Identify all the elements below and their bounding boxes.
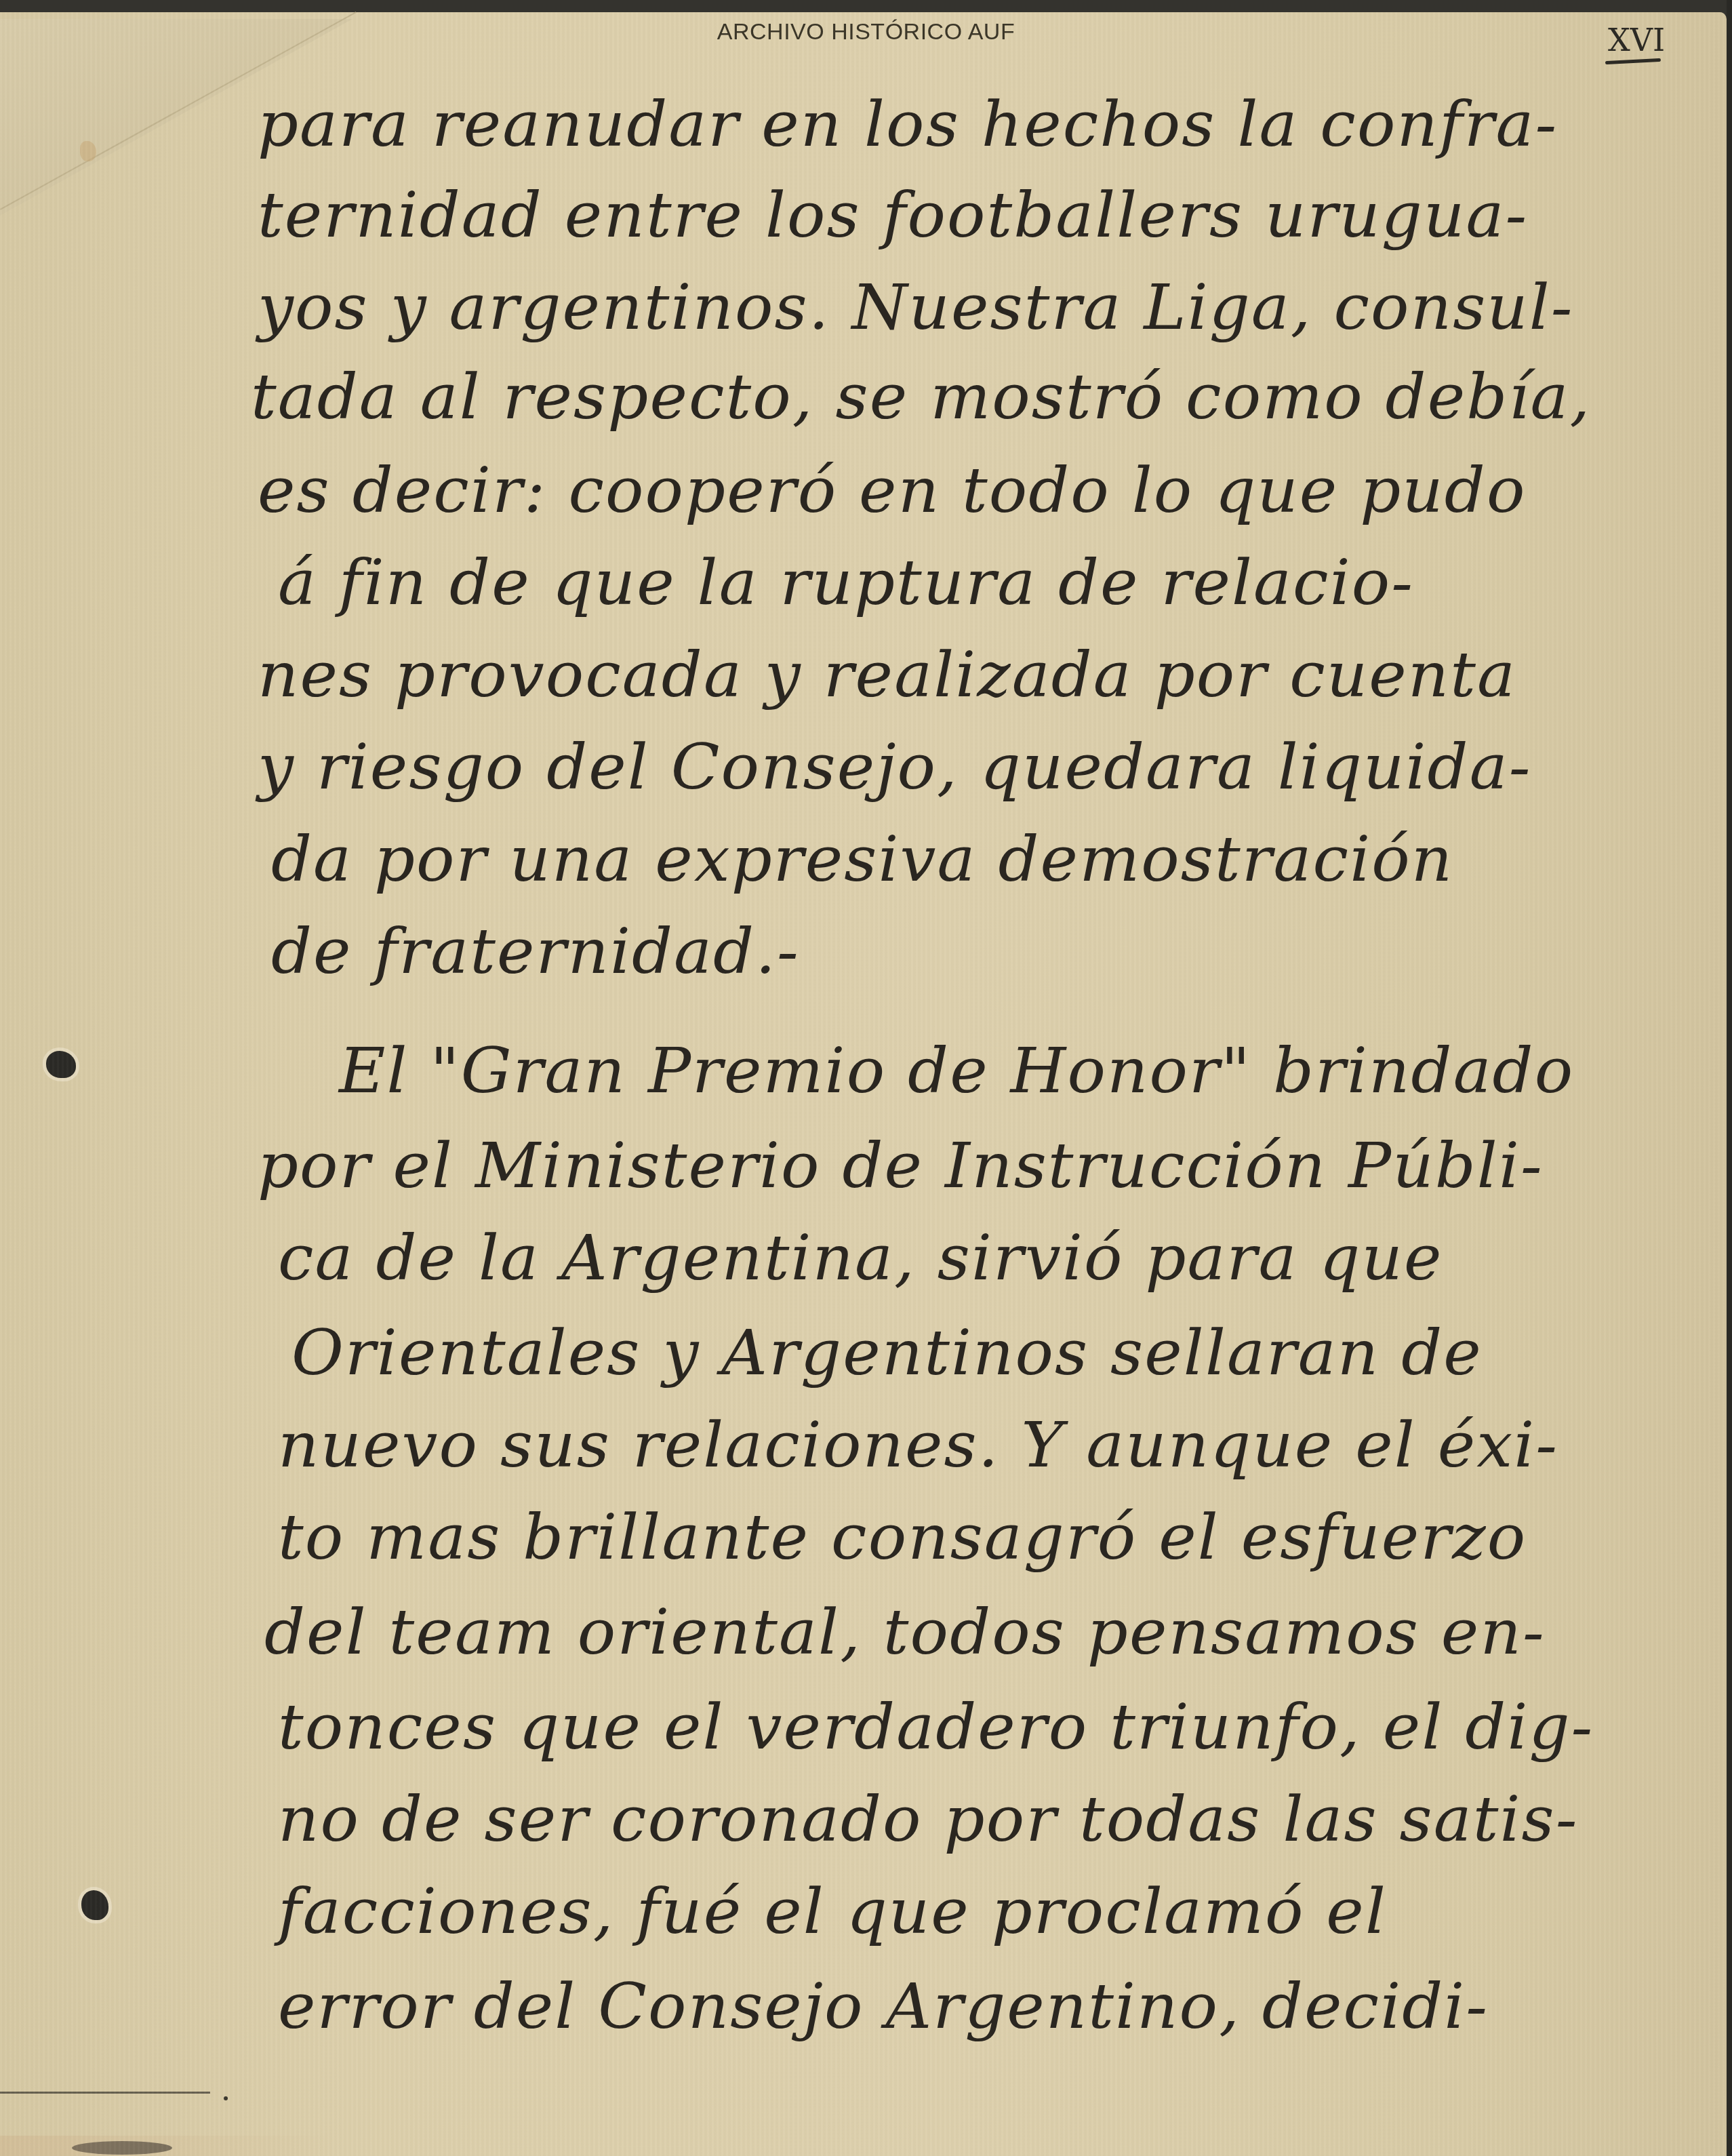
paper-stain — [0, 2136, 339, 2156]
manuscript-line: El "Gran Premio de Honor" brindado — [339, 1035, 1574, 1107]
manuscript-line: del team oriental, todos pensamos en- — [264, 1596, 1546, 1669]
manuscript-line: ca de la Argentina, sirvió para que — [278, 1222, 1443, 1294]
binder-hole-icon — [81, 1890, 108, 1920]
manuscript-line: de fraternidad.- — [271, 915, 800, 988]
manuscript-line: da por una expresiva demostración — [271, 823, 1453, 896]
page-number: XVI — [1608, 24, 1665, 56]
tear-mark — [80, 141, 96, 161]
margin-rule — [0, 2092, 210, 2094]
manuscript-line: no de ser coronado por todas las satis- — [278, 1783, 1578, 1856]
manuscript-line: á fin de que la ruptura de relacio- — [278, 546, 1414, 619]
manuscript-line: to mas brillante consagró el esfuerzo — [278, 1501, 1527, 1574]
manuscript-line: nuevo sus relaciones. Y aunque el éxi- — [278, 1409, 1558, 1481]
binder-hole-icon — [46, 1051, 76, 1078]
manuscript-line: es decir: cooperó en todo lo que pudo — [258, 454, 1527, 527]
archive-watermark: ARCHIVO HISTÓRICO AUF — [0, 19, 1732, 45]
manuscript-line: para reanudar en los hechos la confra- — [258, 88, 1558, 161]
manuscript-line: nes provocada y realizada por cuenta — [258, 639, 1516, 711]
manuscript-line: y riesgo del Consejo, quedara liquida- — [258, 731, 1531, 803]
manuscript-line: tada al respecto, se mostró como debía, — [251, 361, 1591, 433]
manuscript-line: ternidad entre los footballers urugua- — [258, 179, 1528, 252]
manuscript-line: tonces que el verdadero triunfo, el dig- — [278, 1691, 1594, 1763]
scanner-backdrop-right — [1727, 0, 1732, 2156]
manuscript-line: por el Ministerio de Instrucción Públi- — [258, 1130, 1544, 1202]
manuscript-line: error del Consejo Argentino, decidi- — [278, 1970, 1489, 2043]
manuscript-line: Orientales y Argentinos sellaran de — [291, 1317, 1483, 1389]
manuscript-line: yos y argentinos. Nuestra Liga, consul- — [258, 271, 1574, 344]
margin-dot — [224, 2096, 228, 2100]
manuscript-line: facciones, fué el que proclamó el — [278, 1875, 1387, 1948]
